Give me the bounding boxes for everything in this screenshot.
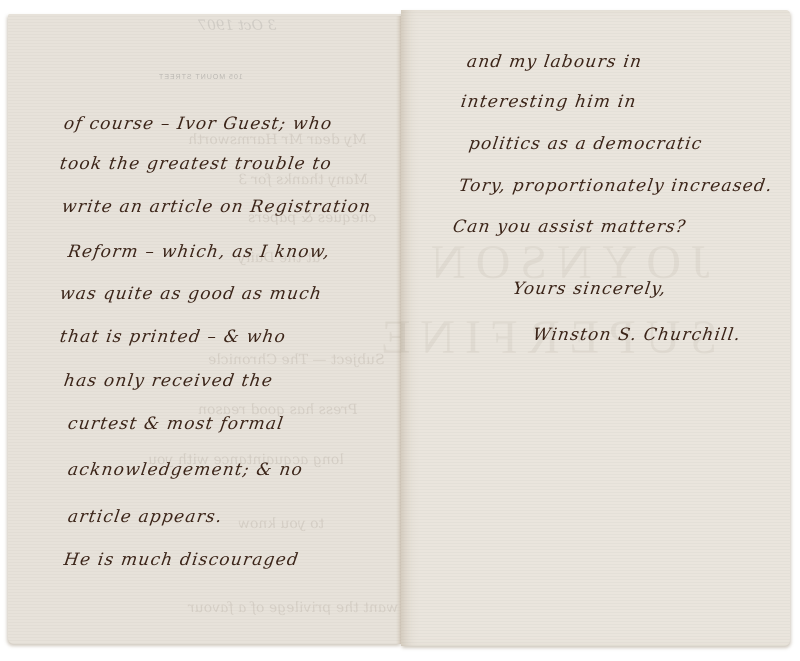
show-through-date: 3 Oct 1907 (198, 18, 276, 34)
letter-line: was quite as good as much (59, 284, 324, 304)
letter-line: curtest & most formal (67, 414, 286, 434)
letter-line: took the greatest trouble to (59, 154, 334, 174)
left-page: 3 Oct 1907 105 MOUNT STREET My dear Mr H… (8, 14, 401, 644)
printed-letterhead-mirrored: 105 MOUNT STREET (158, 74, 243, 81)
letter-closing: Yours sincerely, (512, 279, 668, 299)
show-through-line: Many thanks for 3 (237, 172, 369, 188)
letter-line: acknowledgement; & no (67, 460, 305, 480)
letter-line: article appears. (67, 507, 224, 527)
show-through-line: to you know (237, 516, 325, 532)
letter-line: Tory, proportionately increased. (458, 176, 774, 196)
letter-spread: 3 Oct 1907 105 MOUNT STREET My dear Mr H… (8, 10, 792, 656)
right-page: JOYNSON SUPERFINE and my labours in inte… (401, 10, 790, 646)
letter-line: write an article on Registration (61, 197, 373, 217)
letter-line: has only received the (63, 371, 275, 391)
letter-line: He is much discouraged (63, 550, 301, 570)
letter-line: Reform – which, as I know, (67, 242, 332, 262)
show-through-line: My dear Mr Harmsworth (187, 132, 368, 148)
letter-signature: Winston S. Churchill. (532, 325, 743, 345)
letter-line: Can you assist matters? (452, 217, 688, 237)
show-through-line: Subject — The Chronicle (207, 352, 386, 368)
letter-line: politics as a democratic (468, 134, 704, 154)
letter-line: interesting him in (460, 92, 638, 112)
show-through-line: I want the privilege of a favour (187, 600, 409, 616)
letter-line: of course – Ivor Guest; who (63, 114, 334, 134)
letter-line: and my labours in (466, 52, 644, 72)
letter-line: that is printed – & who (59, 327, 288, 347)
